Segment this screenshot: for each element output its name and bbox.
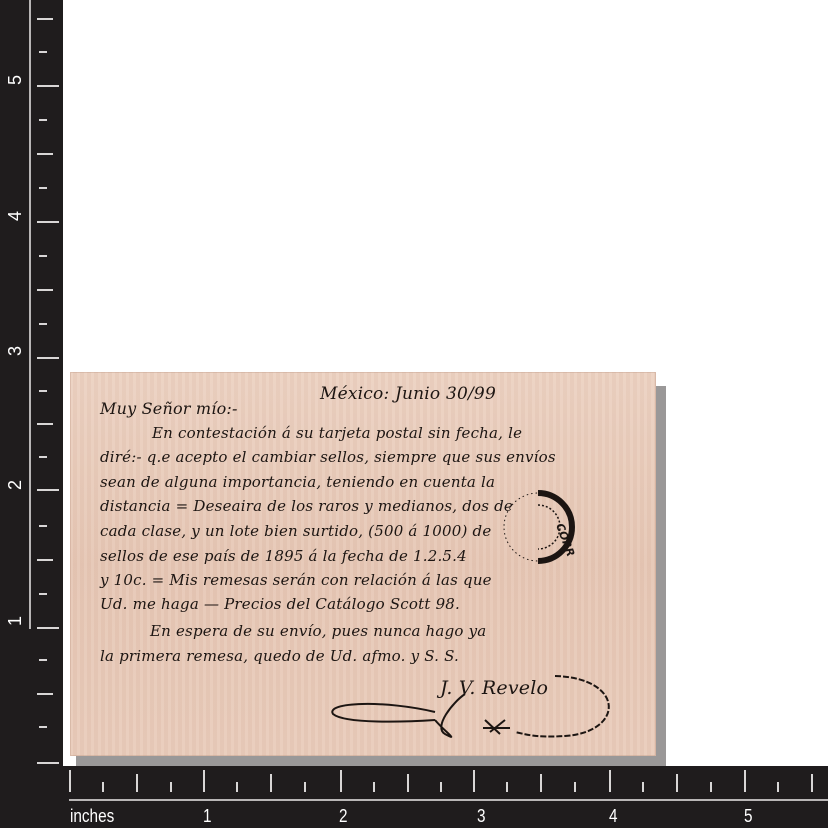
ruler-number-5: 5: [744, 806, 753, 826]
postmark-icon: CORR: [498, 487, 578, 567]
letter-line-2: diré:- q.e acepto el cambiar sellos, sie…: [100, 448, 556, 466]
letter-line-10: la primera remesa, quedo de Ud. afmo. y …: [100, 647, 459, 665]
letter-line-7: y 10c. = Mis remesas serán con relación …: [100, 571, 492, 589]
ruler-number-2: 2: [4, 474, 26, 496]
signature-flourish-icon: [325, 672, 625, 752]
ruler-number-1: 1: [4, 610, 26, 632]
handwritten-letter: México: Junio 30/99 Muy Señor mío:- En c…: [70, 372, 656, 756]
ruler-tick: [609, 770, 611, 792]
letter-line-9: En espera de su envío, pues nunca hago y…: [150, 622, 486, 640]
ruler-number-4: 4: [4, 205, 26, 227]
ruler-number-1: 1: [203, 806, 212, 826]
ruler-tick: [777, 782, 779, 792]
ruler-tick: [540, 774, 542, 792]
ruler-number-2: 2: [339, 806, 348, 826]
rubber-stamp-block: México: Junio 30/99 Muy Señor mío:- En c…: [70, 372, 656, 756]
ruler-spine: [29, 0, 31, 629]
ruler-tick: [102, 782, 104, 792]
letter-line-4: distancia = Deseaira de los raros y medi…: [100, 497, 513, 515]
ruler-tick: [710, 782, 712, 792]
letter-line-3: sean de alguna importancia, teniendo en …: [100, 473, 495, 491]
letter-place-date: México: Junio 30/99: [320, 384, 496, 404]
ruler-tick: [340, 770, 342, 792]
ruler-tick: [373, 782, 375, 792]
ruler-tick: [37, 153, 53, 155]
ruler-tick: [39, 456, 47, 458]
ruler-tick: [37, 627, 59, 629]
ruler-tick: [37, 489, 59, 491]
letter-greeting: Muy Señor mío:-: [100, 399, 238, 418]
ruler-tick: [37, 762, 59, 764]
letter-line-5: cada clase, y un lote bien surtido, (500…: [100, 522, 491, 540]
ruler-tick: [39, 323, 47, 325]
ruler-tick: [574, 782, 576, 792]
ruler-tick: [69, 770, 71, 792]
ruler-tick: [39, 726, 47, 728]
ruler-unit-label: inches: [70, 806, 114, 826]
ruler-tick: [37, 221, 59, 223]
ruler-tick: [37, 559, 53, 561]
ruler-tick: [37, 693, 53, 695]
ruler-tick: [39, 390, 47, 392]
ruler-number-4: 4: [609, 806, 618, 826]
ruler-tick: [39, 51, 47, 53]
ruler-spine: [69, 799, 828, 801]
ruler-tick: [136, 774, 138, 792]
ruler-tick: [506, 782, 508, 792]
ruler-tick: [676, 774, 678, 792]
ruler-tick: [270, 774, 272, 792]
ruler-tick: [236, 782, 238, 792]
ruler-number-3: 3: [4, 340, 26, 362]
ruler-tick: [39, 255, 47, 257]
ruler-tick: [39, 187, 47, 189]
letter-line-8: Ud. me haga — Precios del Catálogo Scott…: [100, 595, 460, 613]
ruler-tick: [37, 357, 59, 359]
ruler-tick: [642, 782, 644, 792]
ruler-number-3: 3: [477, 806, 486, 826]
ruler-tick: [473, 770, 475, 792]
ruler-tick: [744, 770, 746, 792]
ruler-tick: [39, 119, 47, 121]
ruler-tick: [407, 774, 409, 792]
ruler-tick: [37, 423, 53, 425]
ruler-tick: [37, 85, 59, 87]
ruler-tick: [440, 782, 442, 792]
ruler-tick: [37, 289, 53, 291]
ruler-tick: [39, 659, 47, 661]
vertical-ruler: 5 4 3 2 1: [0, 0, 63, 766]
ruler-tick: [170, 782, 172, 792]
ruler-tick: [39, 525, 47, 527]
horizontal-ruler: inches 1 2 3 4 5: [0, 766, 828, 828]
letter-line-6: sellos de ese país de 1895 á la fecha de…: [100, 547, 467, 565]
ruler-tick: [811, 774, 813, 792]
ruler-number-5: 5: [4, 69, 26, 91]
ruler-tick: [37, 18, 53, 20]
letter-line-1: En contestación á su tarjeta postal sin …: [152, 424, 522, 442]
ruler-tick: [203, 770, 205, 792]
ruler-tick: [304, 782, 306, 792]
ruler-tick: [39, 593, 47, 595]
